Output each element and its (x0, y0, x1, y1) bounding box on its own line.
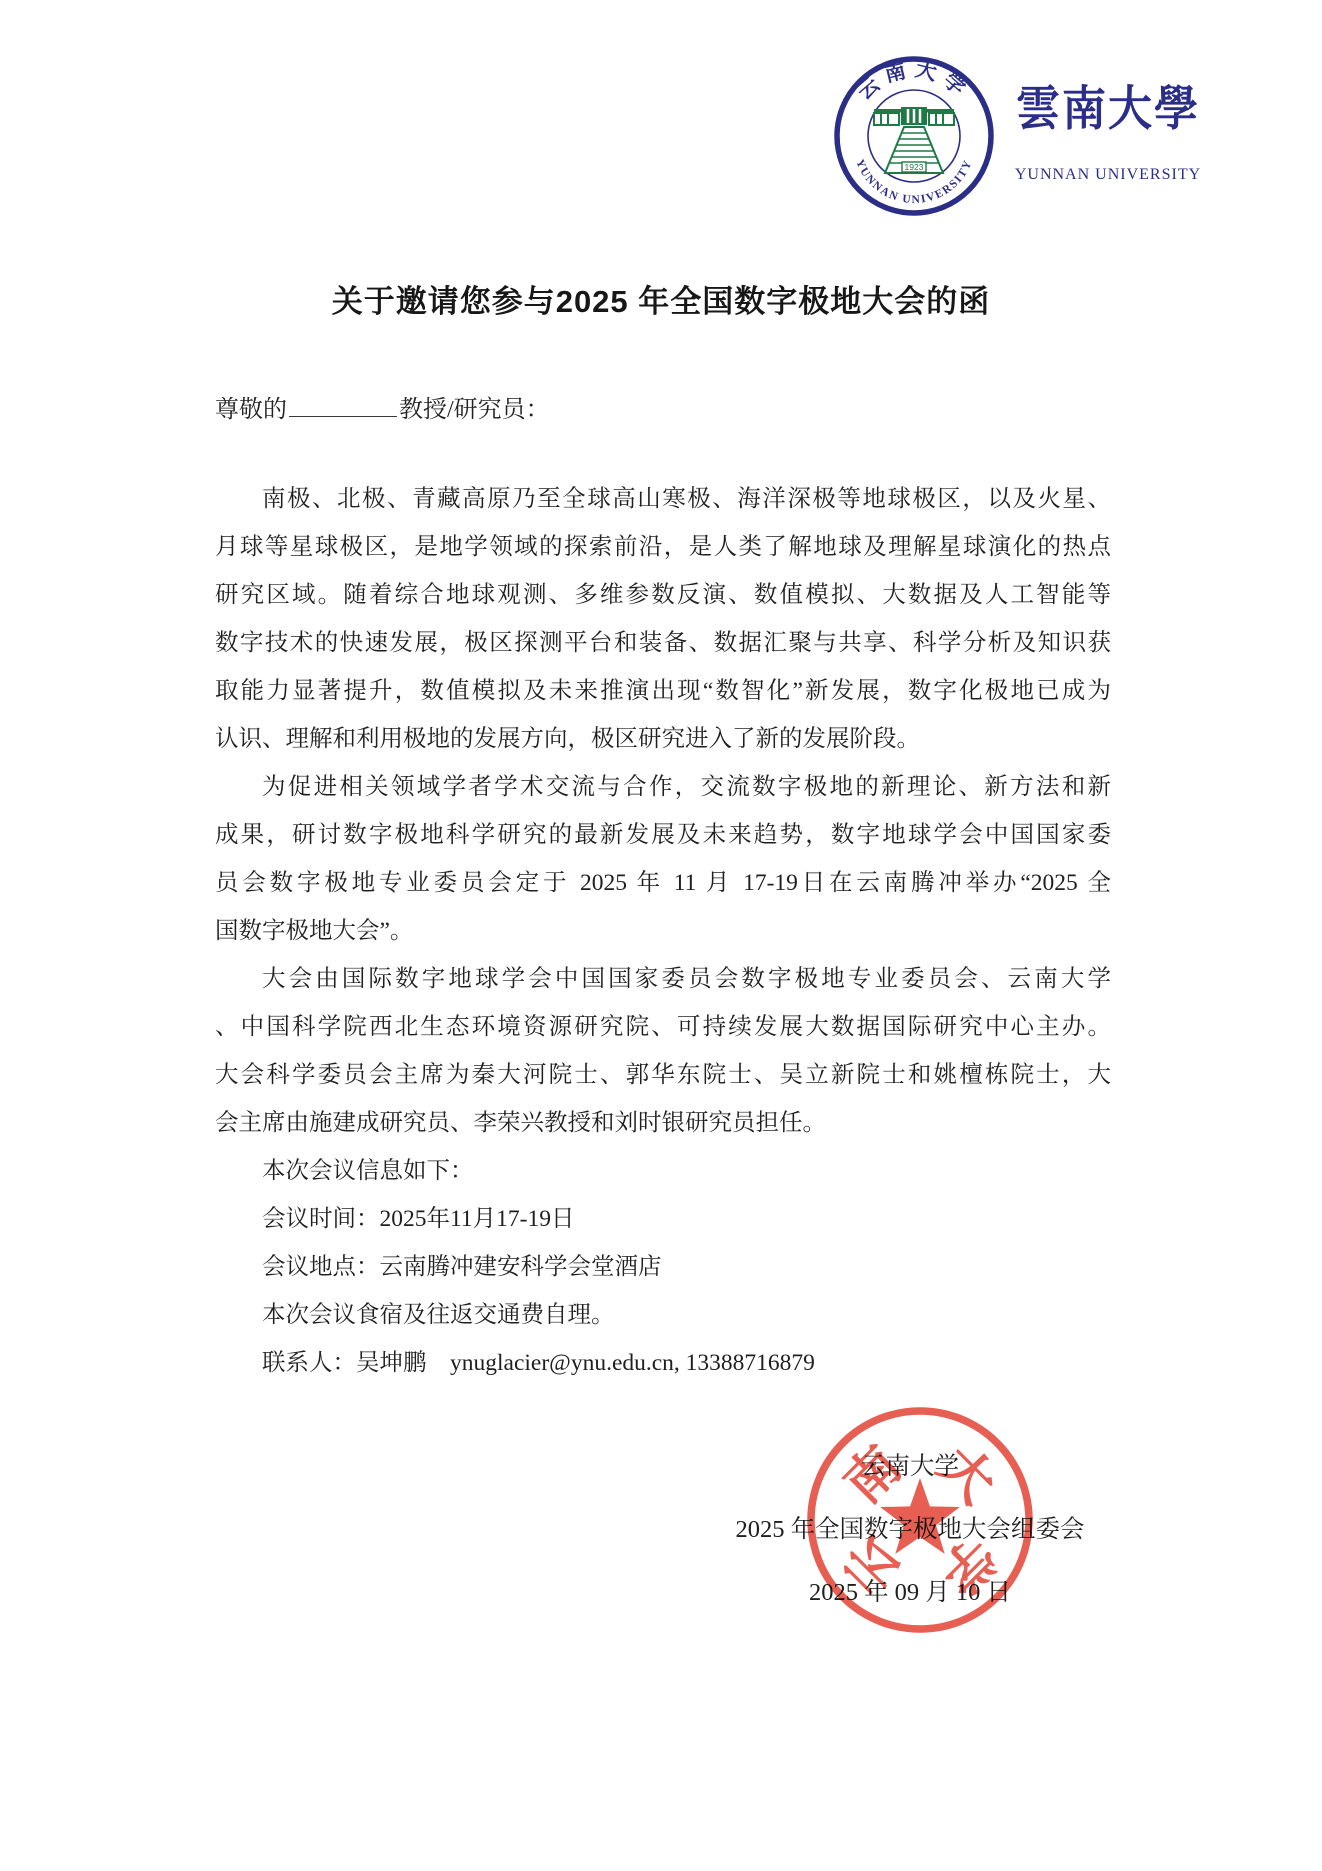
body-line: 员会数字极地专业委员会定于 2025 年 11 月 17-19日在云南腾冲举办“… (215, 859, 1111, 907)
body-line: 国数字极地大会”。 (215, 907, 1111, 955)
university-wordmark: 雲南大學 YUNNAN UNIVERSITY (1012, 62, 1204, 184)
body-line: 为促进相关领域学者学术交流与合作，交流数字极地的新理论、新方法和新 (215, 763, 1111, 811)
salutation-prefix: 尊敬的 (215, 397, 287, 423)
body-line: 会主席由施建成研究员、李荣兴教授和刘时银研究员担任。 (215, 1099, 1111, 1147)
wordmark-english: YUNNAN UNIVERSITY (1012, 166, 1204, 184)
signature-org: 云南大学 (682, 1435, 1138, 1498)
body-line: 大会由国际数字地球学会中国国家委员会数字极地专业委员会、云南大学 (215, 955, 1111, 1003)
body-line: 联系人：吴坤鹏 ynuglacier@ynu.edu.cn, 133887168… (215, 1339, 1111, 1387)
body-line: 会议时间：2025年11月17-19日 (215, 1195, 1111, 1243)
salutation: 尊敬的教授/研究员： (215, 389, 550, 424)
letter-page: 云南大学 YUNNAN UNIVERSITY (0, 0, 1322, 1871)
university-emblem-icon: 云南大学 YUNNAN UNIVERSITY (833, 55, 995, 217)
letter-body: 南极、北极、青藏高原乃至全球高山寒极、海洋深极等地球极区，以及火星、月球等星球极… (215, 475, 1111, 1387)
body-line: 取能力显著提升，数值模拟及未来推演出现“数智化”新发展，数字化极地已成为 (215, 667, 1111, 715)
body-line: 会议地点：云南腾冲建安科学会堂酒店 (215, 1243, 1111, 1291)
body-line: 数字技术的快速发展，极区探测平台和装备、数据汇聚与共享、科学分析及知识获 (215, 619, 1111, 667)
body-line: 成果，研讨数字极地科学研究的最新发展及未来趋势，数字地球学会中国国家委 (215, 811, 1111, 859)
signature-date: 2025 年 09 月 10 日 (682, 1561, 1138, 1624)
salutation-suffix: 教授/研究员： (399, 397, 550, 423)
body-line: 认识、理解和利用极地的发展方向，极区研究进入了新的发展阶段。 (215, 715, 1111, 763)
body-line: 本次会议信息如下： (215, 1147, 1111, 1195)
body-line: 研究区域。随着综合地球观测、多维参数反演、数值模拟、大数据及人工智能等 (215, 571, 1111, 619)
emblem-year-text: 1923 (905, 162, 924, 172)
letter-title: 关于邀请您参与2025 年全国数字极地大会的函 (0, 276, 1322, 321)
body-line: 月球等星球极区，是地学领域的探索前沿，是人类了解地球及理解星球演化的热点 (215, 523, 1111, 571)
body-line: 、中国科学院西北生态环境资源研究院、可持续发展大数据国际研究中心主办。 (215, 1003, 1111, 1051)
body-line: 本次会议食宿及往返交通费自理。 (215, 1291, 1111, 1339)
signature-committee: 2025 年全国数字极地大会组委会 (682, 1498, 1138, 1561)
salutation-blank-line (289, 392, 397, 417)
body-line: 大会科学委员会主席为秦大河院士、郭华东院士、吴立新院士和姚檀栋院士，大 (215, 1051, 1111, 1099)
signature-block: 云南大学 2025 年全国数字极地大会组委会 2025 年 09 月 10 日 (682, 1435, 1138, 1624)
body-line: 南极、北极、青藏高原乃至全球高山寒极、海洋深极等地球极区，以及火星、 (215, 475, 1111, 523)
wordmark-chinese: 雲南大學 (1012, 58, 1204, 162)
